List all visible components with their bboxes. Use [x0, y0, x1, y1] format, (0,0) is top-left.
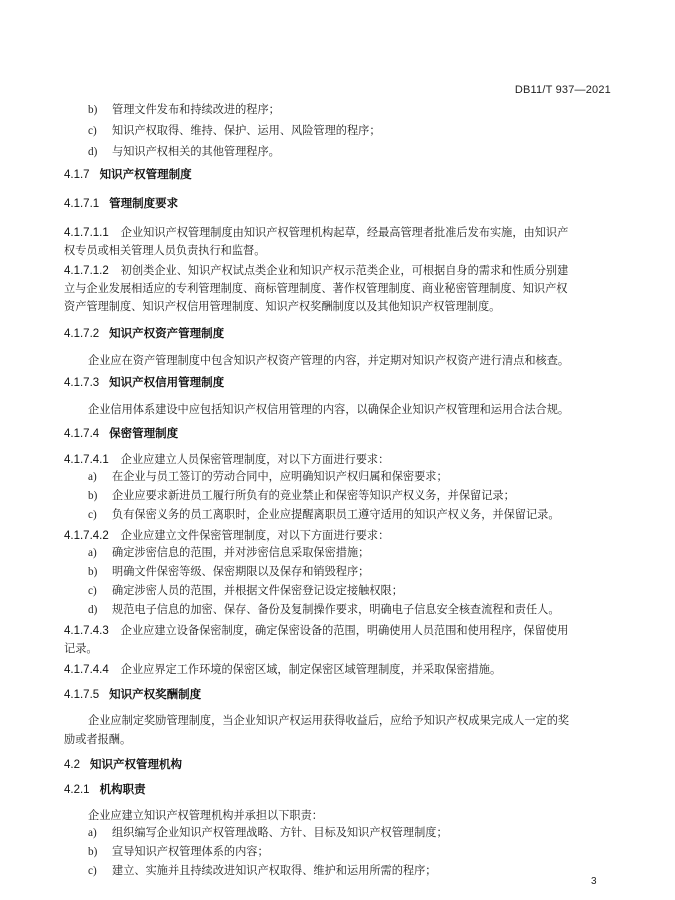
clause-paragraph: 4.1.7.4.4企业应界定工作环境的保密区域，制定保密区域管理制度，并采取保密… [64, 661, 501, 677]
body-paragraph: 企业应在资产管理制度中包含知识产权资产管理的内容，并定期对知识产权资产进行清点和… [88, 352, 569, 368]
list-item: d)规范电子信息的加密、保存、备份及复制操作要求，明确电子信息安全核查流程和责任… [88, 603, 560, 617]
list-item: c)知识产权取得、维持、保护、运用、风险管理的程序； [88, 124, 381, 138]
body-paragraph: 企业应制定奖励管理制度，当企业知识产权运用获得收益后，应给予知识产权成果完成人一… [88, 712, 569, 728]
clause-paragraph: 4.1.7.1.2初创类企业、知识产权试点类企业和知识产权示范类企业，可根据自身… [64, 262, 568, 278]
list-item: b)管理文件发布和持续改进的程序； [88, 103, 280, 117]
section-heading: 4.1.7.3知识产权信用管理制度 [64, 374, 224, 390]
section-heading: 4.1.7知识产权管理制度 [64, 166, 192, 182]
clause-paragraph: 4.1.7.1.1企业知识产权管理制度由知识产权管理机构起草，经最高管理者批准后… [64, 224, 568, 240]
list-item: a)组织编写企业知识产权管理战略、方针、目标及知识产权管理制度； [88, 826, 448, 840]
page-number: 3 [591, 876, 597, 887]
section-heading: 4.2.1机构职责 [64, 781, 146, 797]
body-paragraph-cont: 励或者报酬。 [64, 731, 131, 747]
list-item: a)确定涉密信息的范围，并对涉密信息采取保密措施； [88, 546, 369, 560]
list-item: c)建立、实施并且持续改进知识产权取得、维护和运用所需的程序； [88, 864, 436, 878]
clause-paragraph-cont: 记录。 [64, 640, 98, 656]
clause-paragraph: 4.1.7.4.3企业应建立设备保密制度，确定保密设备的范围，明确使用人员范围和… [64, 622, 568, 638]
body-paragraph: 企业信用体系建设中应包括知识产权信用管理的内容，以确保企业知识产权管理和运用合法… [88, 401, 569, 417]
section-heading: 4.1.7.2知识产权资产管理制度 [64, 325, 224, 341]
section-heading: 4.1.7.1管理制度要求 [64, 195, 178, 211]
clause-paragraph: 4.1.7.4.2企业应建立文件保密管理制度，对以下方面进行要求： [64, 527, 389, 543]
body-paragraph: 企业应建立知识产权管理机构并承担以下职责： [88, 807, 323, 823]
list-item: c)确定涉密人员的范围，并根据文件保密登记设定接触权限； [88, 584, 403, 598]
document-code: DB11/T 937—2021 [515, 84, 611, 96]
list-item: b)明确文件保密等级、保密期限以及保存和销毁程序； [88, 565, 369, 579]
clause-paragraph-cont: 立与企业发展相适应的专利管理制度、商标管理制度、著作权管理制度、商业秘密管理制度… [64, 280, 567, 296]
clause-paragraph-cont: 资产管理制度、知识产权信用管理制度、知识产权奖酬制度以及其他知识产权管理制度。 [64, 298, 500, 314]
section-heading: 4.1.7.4保密管理制度 [64, 425, 178, 441]
section-heading: 4.1.7.5知识产权奖酬制度 [64, 686, 201, 702]
clause-paragraph-cont: 权专员或相关管理人员负责执行和监督。 [64, 242, 265, 258]
section-heading: 4.2知识产权管理机构 [64, 756, 182, 772]
list-item: b)宣导知识产权管理体系的内容； [88, 845, 269, 859]
list-item: d)与知识产权相关的其他管理程序。 [88, 145, 280, 159]
list-item: c)负有保密义务的员工离职时，企业应提醒离职员工遵守适用的知识产权义务，并保留记… [88, 508, 560, 522]
clause-paragraph: 4.1.7.4.1企业应建立人员保密管理制度，对以下方面进行要求： [64, 451, 389, 467]
list-item: a)在企业与员工签订的劳动合同中，应明确知识产权归属和保密要求； [88, 470, 448, 484]
list-item: b)企业应要求新进员工履行所负有的竞业禁止和保密等知识产权义务，并保留记录； [88, 489, 515, 503]
